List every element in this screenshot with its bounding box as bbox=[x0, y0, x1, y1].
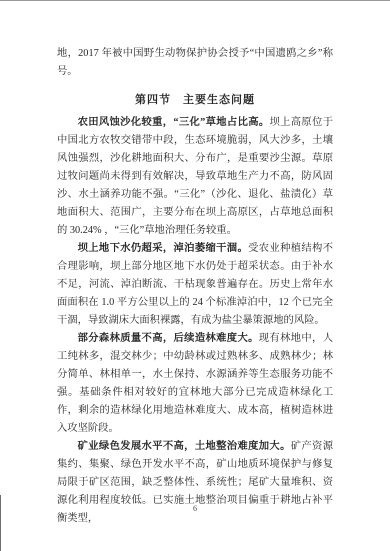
paragraph-groundwater: 坝上地下水仍超采，淖泊萎缩干涸。受农业种植结构不合理影响，坝上部分地区地下水仍处… bbox=[57, 240, 333, 330]
paragraph-body: 受农业种植结构不合理影响，坝上部分地区地下水仍处于超采状态。由于补水不足，河流、… bbox=[57, 243, 333, 326]
paragraph-lead: 坝上地下水仍超采，淖泊萎缩干涸。 bbox=[78, 243, 249, 254]
paragraph-lead: 农田风蚀沙化较重，“三化”草地占比高。 bbox=[78, 117, 270, 128]
paragraph-body: 现有林地中，人工纯林多，混交林少；中幼龄林或过熟林多、成熟林少；林分简单、林相单… bbox=[57, 333, 333, 434]
document-page: 地，2017 年被中国野生动物保护协会授予“中国遗鸥之乡”称号。 第四节 主要生… bbox=[0, 0, 390, 551]
continuation-paragraph: 地，2017 年被中国野生动物保护协会授予“中国遗鸥之乡”称号。 bbox=[57, 45, 333, 81]
paragraph-lead: 矿业绿色发展水平不高，土地整治难度加大。 bbox=[78, 441, 291, 452]
paragraph-forest-quality: 部分森林质量不高，后续造林难度大。现有林地中，人工纯林多，混交林少；中幼龄林或过… bbox=[57, 330, 333, 438]
page-number: 6 bbox=[0, 504, 390, 514]
text-block: 地，2017 年被中国野生动物保护协会授予“中国遗鸥之乡”称号。 第四节 主要生… bbox=[57, 45, 333, 528]
paragraph-mining-development: 矿业绿色发展水平不高，土地整治难度加大。矿产资源集约、集聚、绿色开发水平不高，矿… bbox=[57, 438, 333, 528]
section-heading: 第四节 主要生态问题 bbox=[57, 91, 333, 109]
paragraph-lead: 部分森林质量不高，后续造林难度大。 bbox=[78, 333, 259, 344]
paragraph-farmland-erosion: 农田风蚀沙化较重，“三化”草地占比高。坝上高原位于中国北方农牧交错带中段，生态环… bbox=[57, 114, 333, 240]
paragraph-body: 坝上高原位于中国北方农牧交错带中段，生态环境脆弱，风大沙多，土壤风蚀强烈，沙化耕… bbox=[57, 117, 333, 236]
